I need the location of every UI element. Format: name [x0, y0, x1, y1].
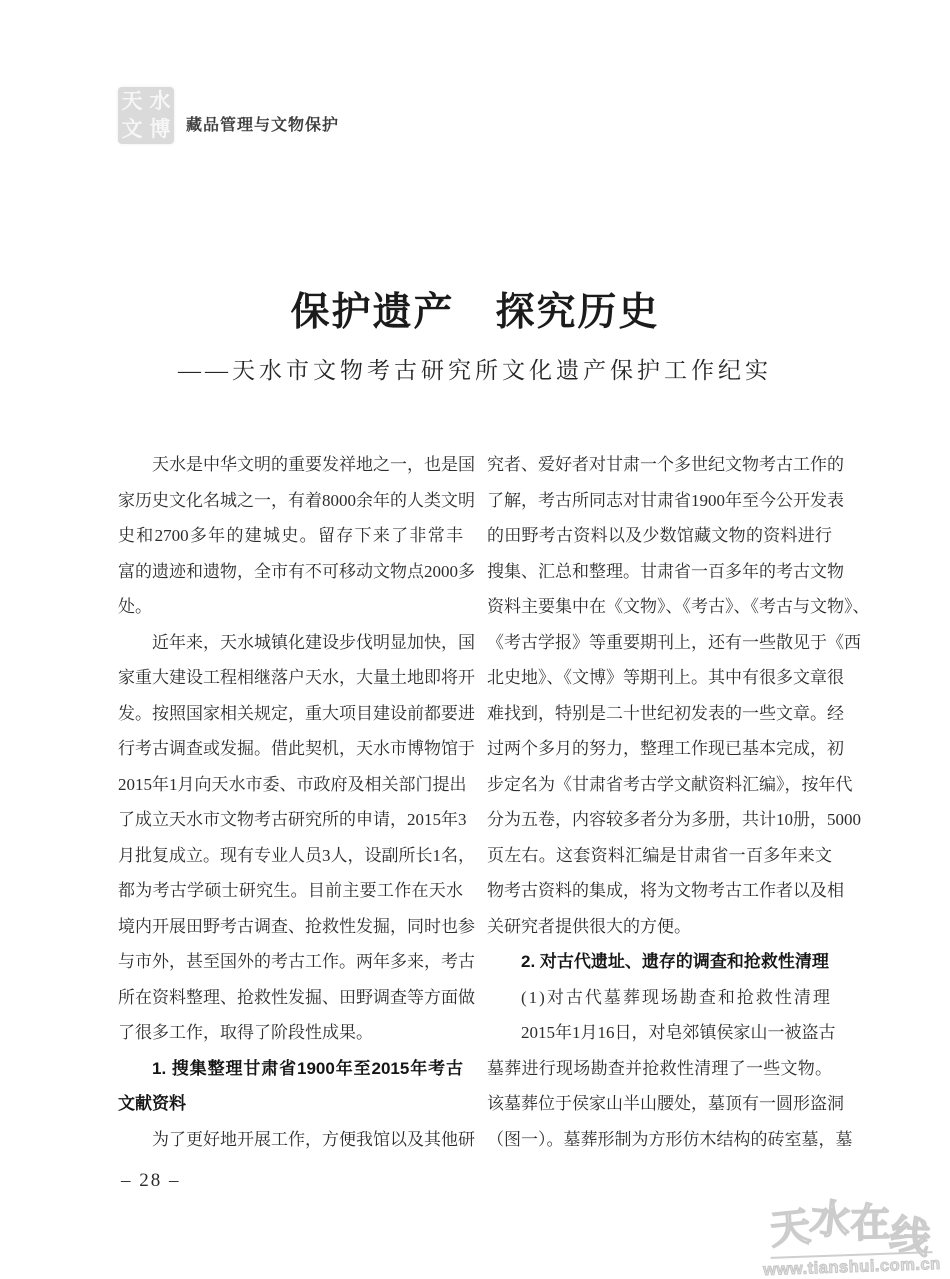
- section-label: 藏品管理与文物保护: [186, 112, 339, 135]
- text-line: 2. 对古代遗址、遗存的调查和抢救性清理: [487, 944, 832, 980]
- text-line: （图一）。墓葬形制为方形仿木结构的砖室墓，墓: [487, 1122, 832, 1158]
- text-line: 究者、爱好者对甘肃一个多世纪文物考古工作的: [487, 447, 832, 483]
- watermark-site-name: 天 水 在 线: [757, 1199, 944, 1245]
- text-line: 《考古学报》等重要期刊上，还有一些散见于《西: [487, 625, 832, 661]
- text-line: 近年来，天水城镇化建设步伐明显加快，国: [118, 625, 463, 661]
- text-line: 分为五卷，内容较多者分为多册，共计10册，5000: [487, 802, 832, 838]
- text-line: 家历史文化名城之一，有着8000余年的人类文明: [118, 483, 463, 519]
- seal-char: 博: [150, 119, 171, 140]
- watermark-char: 水: [808, 1198, 852, 1242]
- page-header: 天 水 文 博 藏品管理与文物保护: [118, 87, 339, 144]
- text-line: 关研究者提供很大的方便。: [487, 909, 832, 945]
- text-line: 的田野考古资料以及少数馆藏文物的资料进行: [487, 518, 832, 554]
- article-title: 保护遗产 探究历史: [118, 281, 832, 337]
- article-subtitle: ——天水市文物考古研究所文化遗产保护工作纪实: [118, 352, 832, 385]
- text-line: 北史地》、《文博》等期刊上。其中有很多文章很: [487, 660, 832, 696]
- text-column-left: 天水是中华文明的重要发祥地之一，也是国家历史文化名城之一，有着8000余年的人类…: [118, 447, 463, 1157]
- text-line: 步定名为《甘肃省考古学文献资料汇编》，按年代: [487, 767, 832, 803]
- text-line: 资料主要集中在《文物》、《考古》、《考古与文物》、: [487, 589, 832, 625]
- text-line: 天水是中华文明的重要发祥地之一，也是国: [118, 447, 463, 483]
- text-line: 了解，考古所同志对甘肃省1900年至今公开发表: [487, 483, 832, 519]
- watermark-char: 在: [850, 1203, 891, 1244]
- text-line: 2015年1月向天水市委、市政府及相关部门提出: [118, 767, 463, 803]
- text-line: 物考古资料的集成，将为文物考古工作者以及相: [487, 873, 832, 909]
- text-line: 搜集、汇总和整理。甘肃省一百多年的考古文物: [487, 554, 832, 590]
- page-number: – 28 –: [121, 1170, 181, 1192]
- text-line: (1)对古代墓葬现场勘查和抢救性清理: [487, 980, 832, 1016]
- text-line: 文献资料: [118, 1086, 463, 1122]
- seal-char: 水: [150, 91, 171, 112]
- watermark-char: 天: [768, 1207, 812, 1251]
- text-line: 难找到，特别是二十世纪初发表的一些文章。经: [487, 696, 832, 732]
- watermark: 天 水 在 线 www.tianshui.com.cn: [757, 1199, 946, 1279]
- text-column-right: 究者、爱好者对甘肃一个多世纪文物考古工作的了解，考古所同志对甘肃省1900年至今…: [487, 447, 832, 1157]
- text-line: 了很多工作，取得了阶段性成果。: [118, 1015, 463, 1051]
- text-line: 富的遗迹和遗物，全市有不可移动文物点2000多: [118, 554, 463, 590]
- text-line: 墓葬进行现场勘查并抢救性清理了一些文物。: [487, 1051, 832, 1087]
- text-line: 所在资料整理、抢救性发掘、田野调查等方面做: [118, 980, 463, 1016]
- text-line: 与市外，甚至国外的考古工作。两年多来，考古: [118, 944, 463, 980]
- seal-char: 文: [122, 119, 143, 140]
- watermark-char: 线: [887, 1214, 933, 1260]
- text-line: 史和2700多年的建城史。留存下来了非常丰: [118, 518, 463, 554]
- document-page: 天 水 文 博 藏品管理与文物保护 保护遗产 探究历史 ——天水市文物考古研究所…: [0, 0, 950, 1279]
- text-line: 行考古调查或发掘。借此契机，天水市博物馆于: [118, 731, 463, 767]
- text-line: 为了更好地开展工作，方便我馆以及其他研: [118, 1122, 463, 1158]
- text-line: 该墓葬位于侯家山半山腰处，墓顶有一圆形盗洞: [487, 1086, 832, 1122]
- text-line: 境内开展田野考古调查、抢救性发掘，同时也参: [118, 909, 463, 945]
- text-line: 2015年1月16日，对皂郊镇侯家山一被盗古: [487, 1015, 832, 1051]
- text-line: 页左右。这套资料汇编是甘肃省一百多年来文: [487, 838, 832, 874]
- text-line: 家重大建设工程相继落户天水，大量土地即将开: [118, 660, 463, 696]
- text-line: 处。: [118, 589, 463, 625]
- journal-seal-icon: 天 水 文 博: [118, 87, 174, 144]
- text-line: 发。按照国家相关规定，重大项目建设前都要进: [118, 696, 463, 732]
- text-line: 1. 搜集整理甘肃省1900年至2015年考古: [118, 1051, 463, 1087]
- text-line: 月批复成立。现有专业人员3人，设副所长1名，: [118, 838, 463, 874]
- text-line: 了成立天水市文物考古研究所的申请，2015年3: [118, 802, 463, 838]
- article-body: 天水是中华文明的重要发祥地之一，也是国家历史文化名城之一，有着8000余年的人类…: [118, 447, 832, 1157]
- text-line: 过两个多月的努力，整理工作现已基本完成，初: [487, 731, 832, 767]
- text-line: 都为考古学硕士研究生。目前主要工作在天水: [118, 873, 463, 909]
- seal-char: 天: [122, 91, 143, 112]
